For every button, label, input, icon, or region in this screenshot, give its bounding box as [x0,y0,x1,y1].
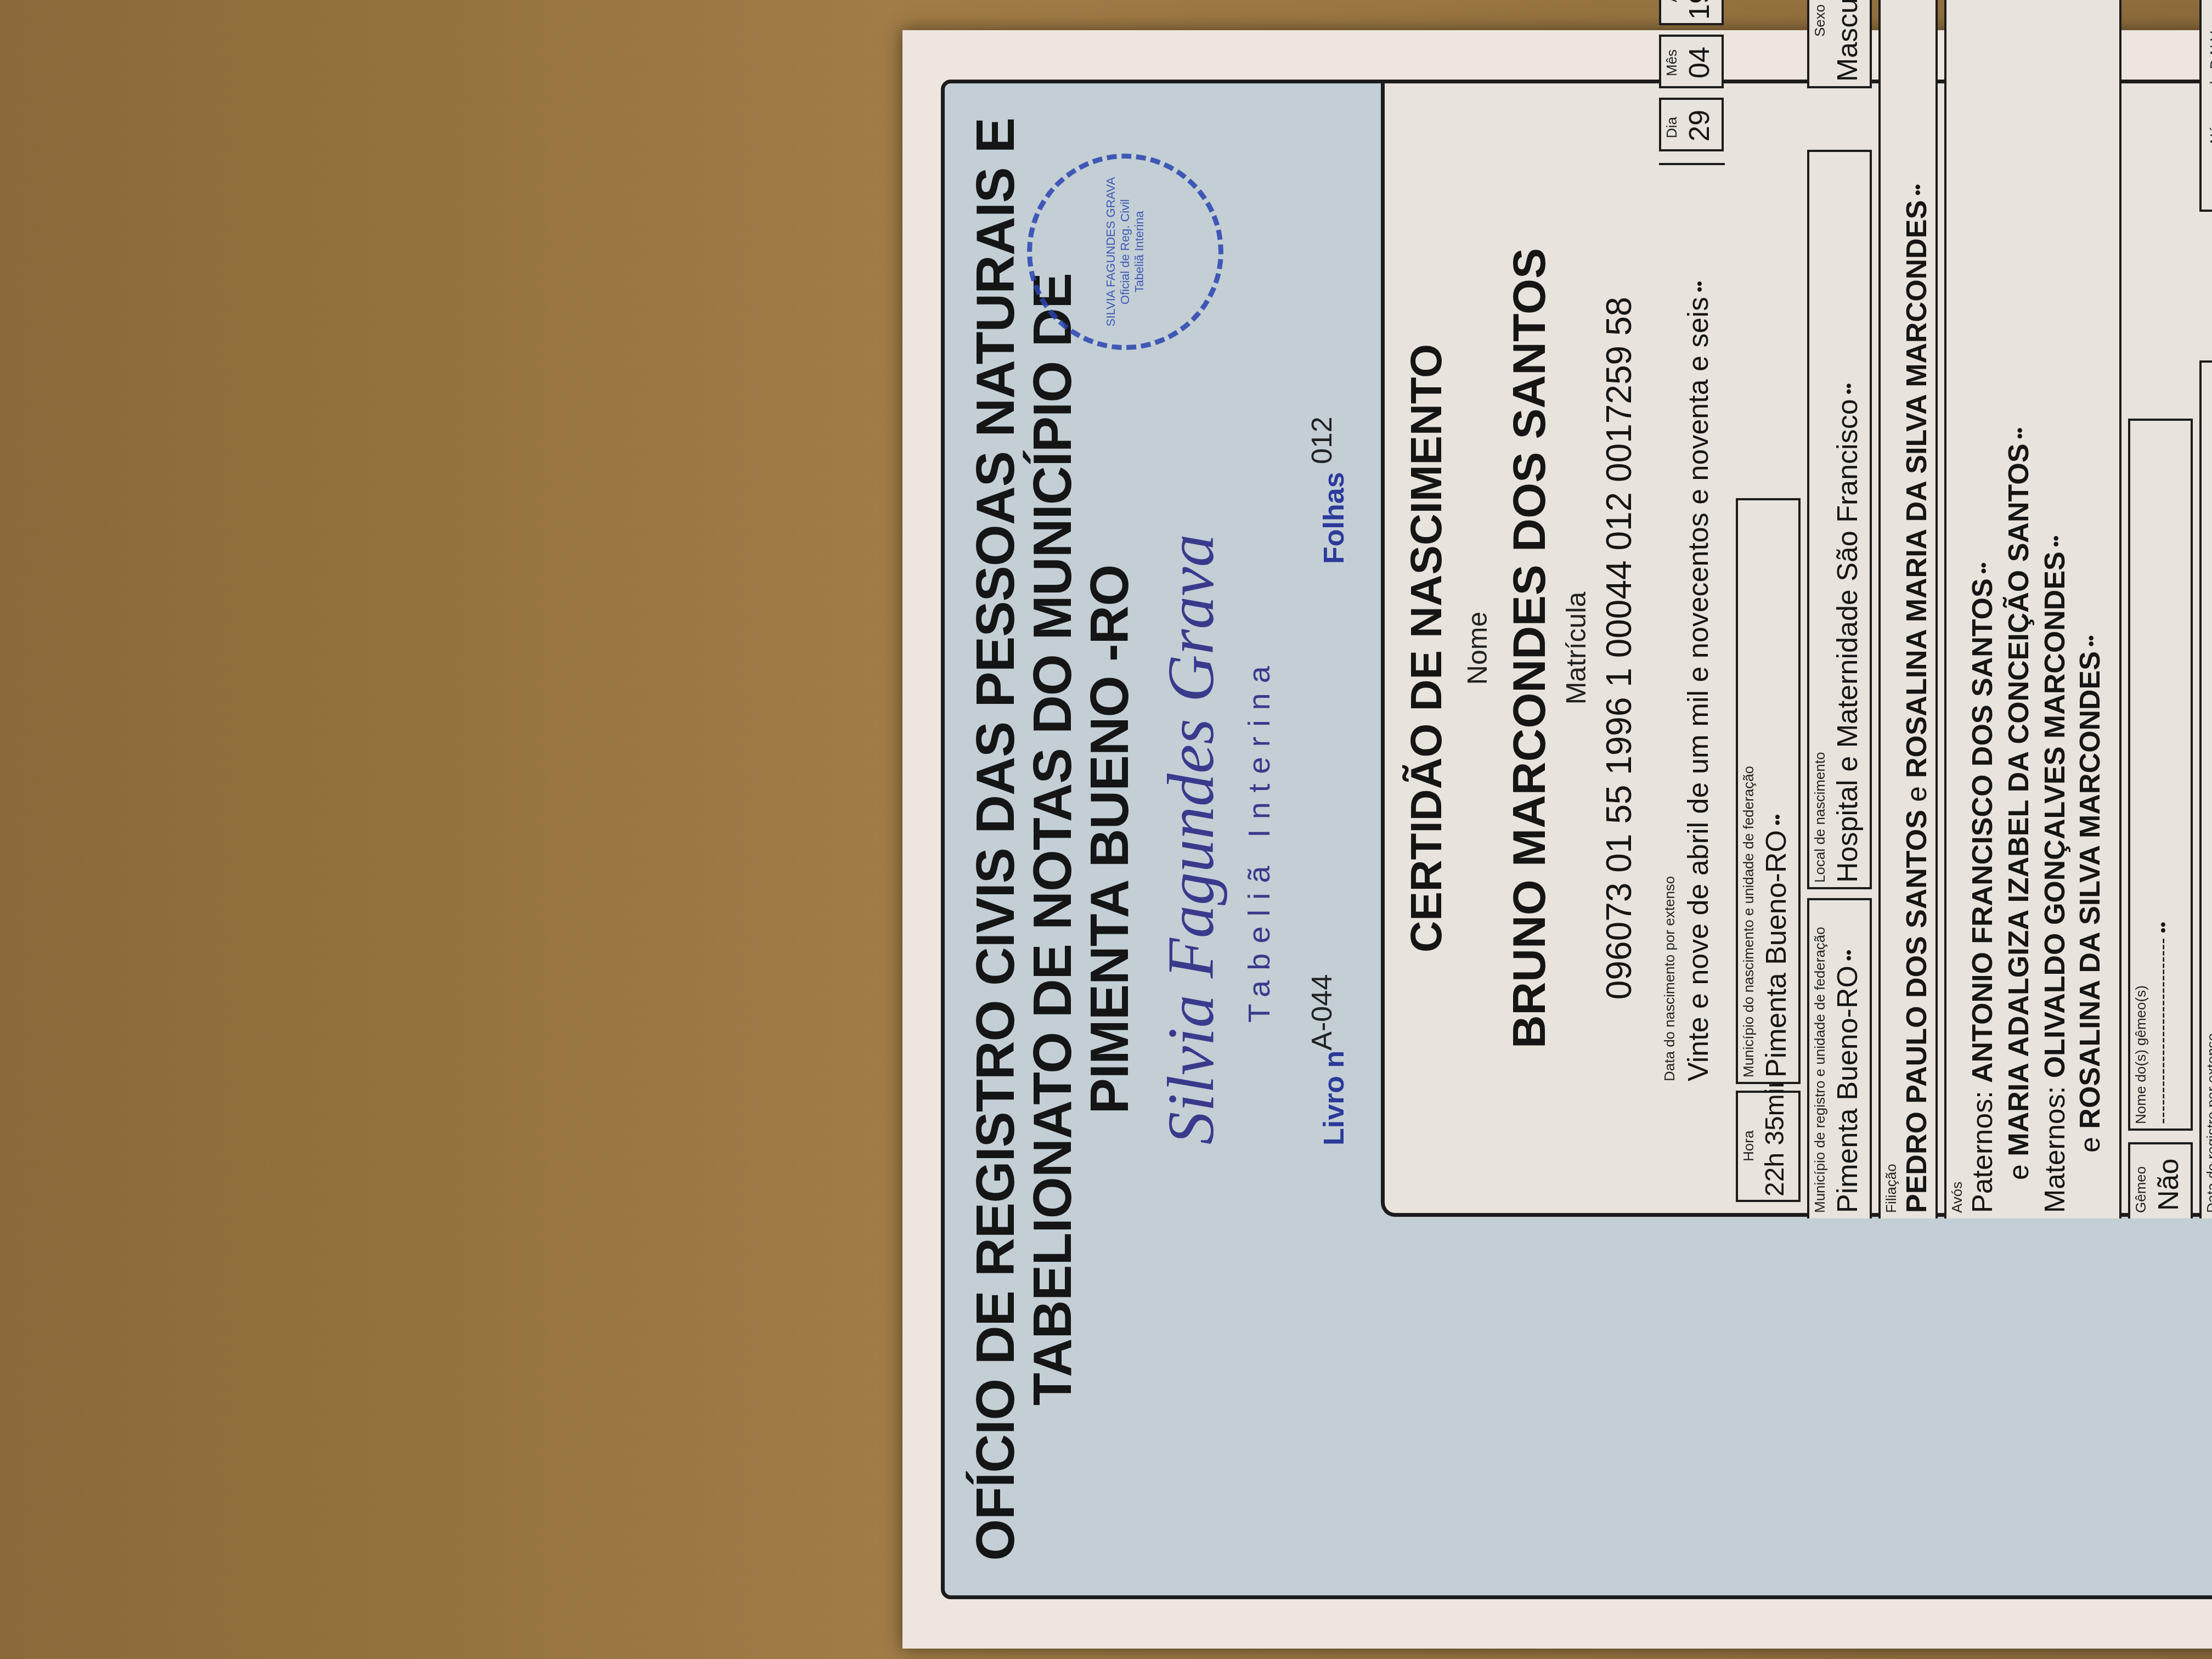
field-value: Não [2152,1159,2185,1211]
paternal-grandfather: ANTONIO FRANCISCO DOS SANTOS [1967,562,1999,1083]
field-value: 04 [1683,47,1716,78]
paternal-grandparents: Paternos: ANTONIO FRANCISCO DOS SANTOS [1966,562,1999,1213]
sheet-number: Folhas 012 [1318,416,1351,564]
book-number: Livro nA-044 [1318,974,1351,1145]
field-label: Local de nascimento [1812,752,1829,883]
maternal-grandmother-line: e ROSALINA DA SILVA MARCONDES [2074,635,2107,1153]
field-value: ------------------------------ [2152,922,2174,1124]
birth-year-field: Ano 1996 [1659,0,1724,25]
birth-hour-field: Hora 22h 35min [1736,1091,1801,1202]
field-value: 1996 [1683,0,1716,20]
field-label: Data do nascimento por extenso [1661,876,1678,1081]
maternal-grandmother: ROSALINA DA SILVA MARCONDES [2074,635,2106,1129]
birth-date-words-field: Data do nascimento por extenso Vinte e n… [1659,163,1725,1087]
registry-date-field: Data do registro por extenso Quatro de o… [2199,360,2212,1218]
filiation-field: Filiação PEDRO PAULO DOS SANTOS e ROSALI… [1878,0,1938,1218]
matricula-number: 096073 01 55 1996 1 00044 012 0017259 58 [1599,83,1639,1213]
twin-names-field: Nome do(s) gêmeo(s) --------------------… [2128,419,2193,1131]
field-label: Ano [1663,0,1680,2]
field-value: Hospital e Maternidade São Francisco [1831,383,1864,883]
field-label: Município de registro e unidade de feder… [1812,927,1829,1213]
twin-field: Gêmeo Não [2128,1142,2193,1218]
birth-month-field: Mês 04 [1659,35,1724,88]
field-label: Hora [1740,1131,1757,1161]
book-value: A-044 [1306,974,1338,1051]
field-value: Pimenta Bueno-RO [1831,950,1864,1213]
maternal-label: Maternos: [2039,1086,2071,1213]
paternal-grandmother-line: e MARIA ADALGIZA IZABEL DA CONCEIÇÃO SAN… [2002,427,2035,1180]
office-title-line-1: OFÍCIO DE REGISTRO CIVIS DAS PESSOAS NAT… [967,83,1024,1595]
registrant-name: BRUNO MARCONDES DOS SANTOS [1503,83,1556,1213]
sheet-label: Folhas [1318,472,1350,564]
conjunction: e [2003,1164,2035,1180]
birth-day-field: Dia 29 [1659,98,1724,151]
notary-role: Tabeliã Interina [1241,83,1277,1595]
birth-city-field: Município do nascimento e unidade de fed… [1736,498,1801,1084]
maternal-grandfather: OLIVALDO GONÇALVES MARCONDES [2039,535,2071,1078]
conjunction: e [2074,1137,2106,1153]
field-label: Data do registro por extenso [2204,1033,2212,1213]
book-label: Livro n [1318,1051,1350,1145]
field-value: Pimenta Bueno-RO [1760,814,1793,1077]
notary-signature-script: Silvia Fagundes Grava [1153,83,1229,1595]
mother-name: ROSALINA MARIA DA SILVA MARCONDES [1901,184,1933,778]
field-label: Número da D.N.V [2207,31,2212,144]
paternal-grandmother: MARIA ADALGIZA IZABEL DA CONCEIÇÃO SANTO… [2003,427,2035,1156]
birth-certificate-sheet: OFÍCIO DE REGISTRO CIVIS DAS PESSOAS NAT… [902,30,2212,1649]
registry-city-field: Município de registro e unidade de feder… [1807,898,1872,1218]
name-label: Nome [1462,83,1493,1213]
birth-place-field: Local de nascimento Hospital e Maternida… [1807,150,1872,889]
certificate-title: CERTIDÃO DE NASCIMENTO [1401,83,1452,1213]
maternal-grandparents: Maternos: OLIVALDO GONÇALVES MARCONDES [2039,535,2072,1213]
field-label: Avós [1949,1182,1966,1213]
field-value: Masculino [1831,0,1864,82]
field-label: Dia [1663,117,1680,138]
field-value: Vinte e nove de abril de um mil e novece… [1682,281,1715,1081]
field-label: Filiação [1883,1164,1900,1213]
field-label: Sexo [1812,4,1829,37]
field-value: 29 [1683,110,1716,142]
stamp-text: SILVIA FAGUNDES GRAVA [1104,177,1118,327]
dnv-field: Número da D.N.V ------------- [2199,0,2212,212]
matricula-label: Matrícula [1560,83,1592,1213]
field-value: 22h 35min [1760,1074,1790,1197]
stamp-text: Oficial de Reg. Civil [1118,199,1132,304]
field-label: Gêmeo [2132,1166,2149,1213]
grandparents-field: Avós Paternos: ANTONIO FRANCISCO DOS SAN… [1944,0,2121,1218]
sheet-value: 012 [1306,416,1338,464]
field-label: Município do nascimento e unidade de fed… [1740,766,1757,1077]
father-name: PEDRO PAULO DOS SANTOS [1901,810,1933,1213]
field-label: Mês [1663,49,1680,76]
sex-field: Sexo Masculino [1807,0,1872,88]
certificate-body: CERTIDÃO DE NASCIMENTO Nome BRUNO MARCON… [1381,83,2212,1217]
stamp-text: Tabeliã Interina [1132,211,1147,292]
conjunction: e [1901,786,1933,802]
document-frame: OFÍCIO DE REGISTRO CIVIS DAS PESSOAS NAT… [941,80,2212,1599]
paternal-label: Paternos: [1967,1091,1999,1213]
field-label: Nome do(s) gêmeo(s) [2132,985,2149,1124]
